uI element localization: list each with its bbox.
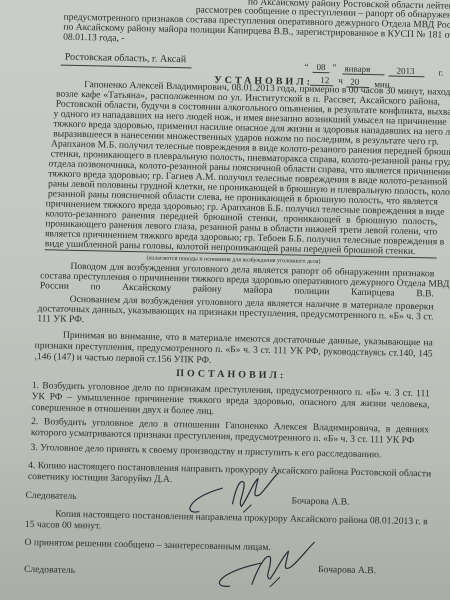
document-page: по Аксайскому району Ростовской области …: [0, 0, 450, 600]
signature-icon: [210, 536, 331, 594]
date-day: 08: [312, 62, 329, 73]
date-year: 2013: [388, 65, 424, 77]
signature2-role: Следователь: [24, 564, 75, 576]
postanovil-heading: ПОСТАНОВИЛ:: [176, 368, 286, 381]
header-line: 08.01.13 года, -: [63, 32, 125, 44]
date-quote-open: “: [305, 62, 309, 72]
date-year-suffix: г.: [438, 67, 443, 77]
postanovil-item-4-cont: советнику юстиции Загоруйко Д.А.: [28, 471, 173, 485]
date-quote-close: ”: [333, 62, 337, 72]
grounds-line: 111 УК РФ.: [37, 313, 84, 325]
signature2-name: Бочарова А.В.: [318, 564, 376, 576]
date-month: января: [342, 63, 384, 75]
postanovil-item-3: 3. Уголовное дело принять к своему произ…: [30, 442, 381, 460]
place-of-issue: Ростовская область, г. Аксай: [61, 52, 193, 69]
grounds-line: ,146 (147) и частью первой ст.156 УПК РФ…: [34, 351, 211, 366]
signature1-role: Следователь: [25, 490, 76, 502]
signature1-name: Бочарова А.В.: [291, 496, 349, 508]
copy-note-line: 15 часов 00 минут.: [25, 519, 101, 532]
